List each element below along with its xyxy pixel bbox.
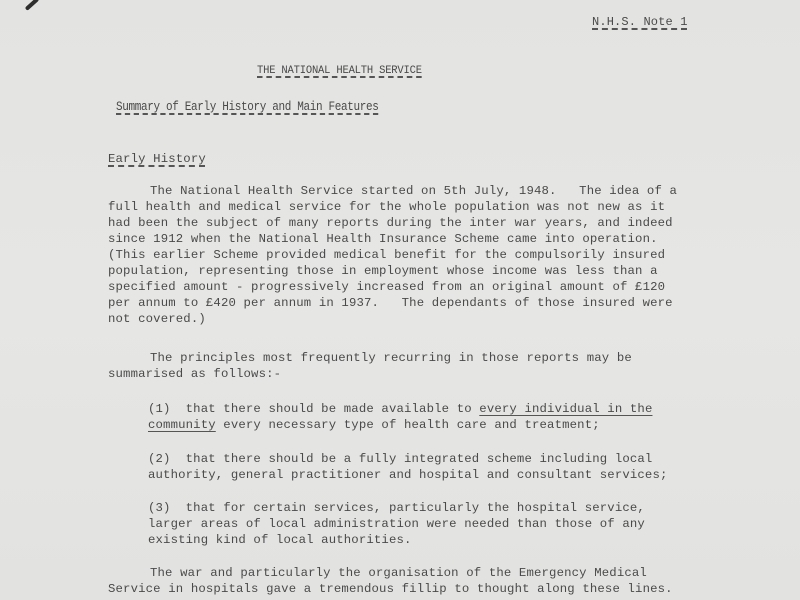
document-subtitle: Summary of Early History and Main Featur… xyxy=(116,99,378,115)
item-text: every necessary type of health care and … xyxy=(216,418,600,432)
paragraph-early-history: The National Health Service started on 5… xyxy=(108,183,677,327)
paragraph-war: The war and particularly the organisatio… xyxy=(108,565,673,597)
principle-item-3: (3) that for certain services, particula… xyxy=(148,500,645,548)
paragraph-line: The principles most frequently recurring… xyxy=(108,350,632,366)
item-line: authority, general practitioner and hosp… xyxy=(148,467,668,483)
section-heading: Early History xyxy=(108,151,206,167)
paragraph-line: per annum to £420 per annum in 1937. The… xyxy=(108,295,677,311)
paragraph-line: The National Health Service started on 5… xyxy=(108,183,677,199)
item-line: larger areas of local administration wer… xyxy=(148,516,645,532)
principle-item-1: (1) that there should be made available … xyxy=(148,401,652,433)
underlined-phrase: community xyxy=(148,418,216,432)
paragraph-line: specified amount - progressively increas… xyxy=(108,279,677,295)
paragraph-line: had been the subject of many reports dur… xyxy=(108,215,677,231)
paragraph-principles: The principles most frequently recurring… xyxy=(108,350,632,382)
paragraph-line: (This earlier Scheme provided medical be… xyxy=(108,247,677,263)
paragraph-line: since 1912 when the National Health Insu… xyxy=(108,231,677,247)
paragraph-line: not covered.) xyxy=(108,311,677,327)
item-text: (1) that there should be made available … xyxy=(148,402,479,416)
paragraph-line: full health and medical service for the … xyxy=(108,199,677,215)
underlined-phrase: every individual in the xyxy=(479,402,652,416)
item-line: (3) that for certain services, particula… xyxy=(148,500,645,516)
pen-mark xyxy=(25,0,40,11)
item-line: existing kind of local authorities. xyxy=(148,532,645,548)
item-line: (2) that there should be a fully integra… xyxy=(148,451,668,467)
paragraph-line: Service in hospitals gave a tremendous f… xyxy=(108,581,673,597)
document-reference: N.H.S. Note 1 xyxy=(592,14,688,30)
paragraph-line: summarised as follows:- xyxy=(108,366,632,382)
paragraph-line: population, representing those in employ… xyxy=(108,263,677,279)
principle-item-2: (2) that there should be a fully integra… xyxy=(148,451,668,483)
document-title: THE NATIONAL HEALTH SERVICE xyxy=(257,63,422,79)
document-page: N.H.S. Note 1 THE NATIONAL HEALTH SERVIC… xyxy=(0,0,800,600)
paragraph-line: The war and particularly the organisatio… xyxy=(108,565,673,581)
